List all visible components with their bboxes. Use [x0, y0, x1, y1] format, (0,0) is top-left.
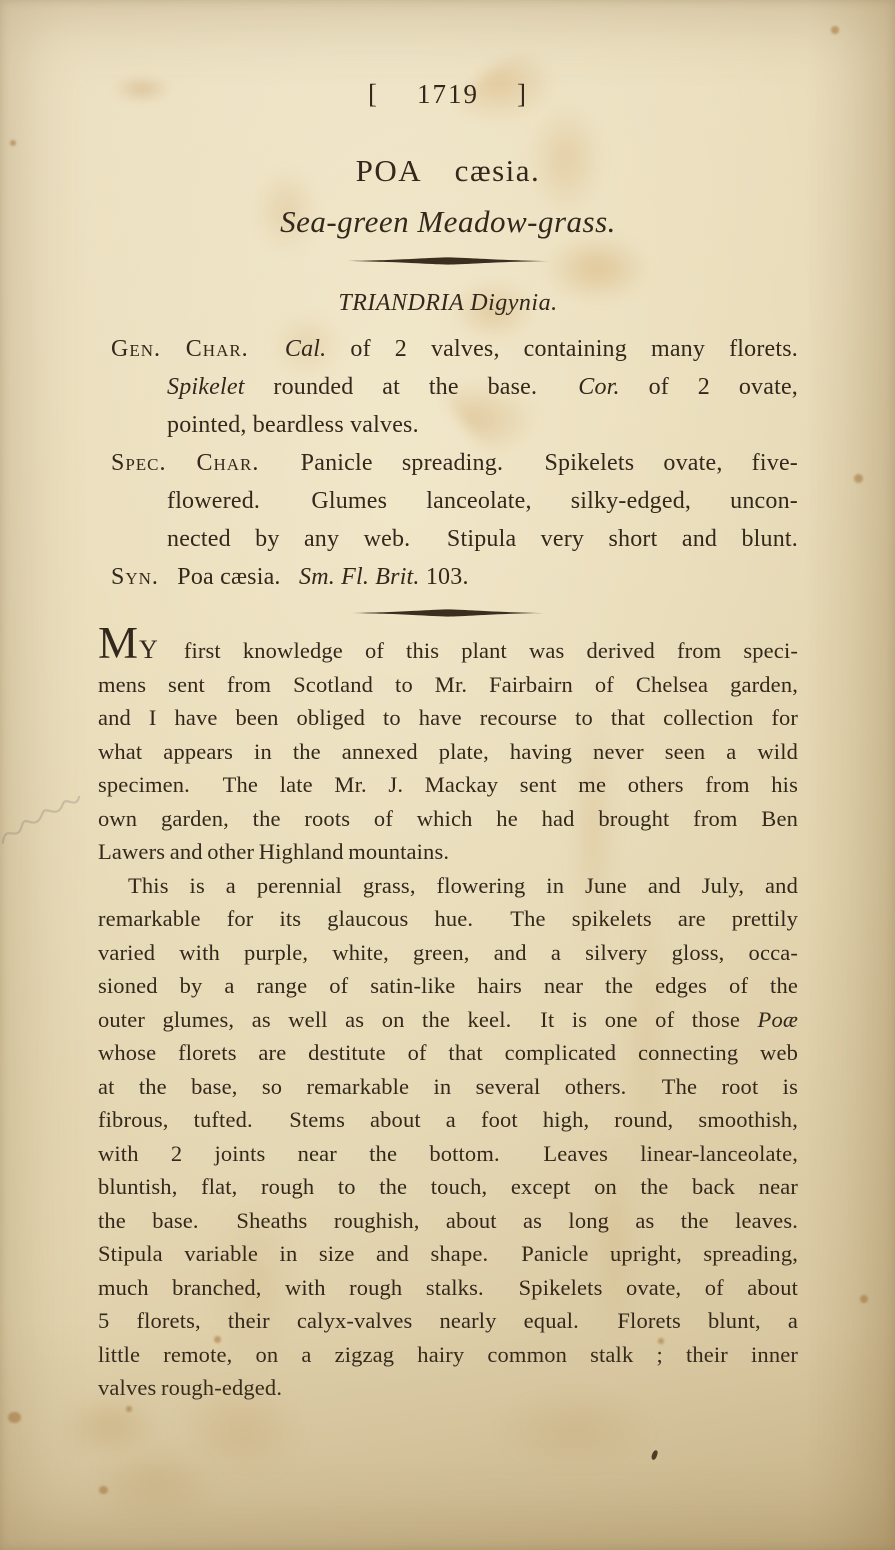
common-name-subtitle: Sea-green Meadow-grass.	[98, 202, 798, 242]
body-line: 5 florets, their calyx-valves nearly equ…	[98, 1304, 798, 1338]
page-edge-shade	[805, 0, 895, 1550]
body-line: specimen. The late Mr. J. Mackay sent me…	[98, 768, 798, 802]
ink-speck	[651, 1449, 659, 1460]
classification-block: TRIANDRIA Digynia.	[98, 288, 798, 318]
body-line: own garden, the roots of which he had br…	[98, 802, 798, 836]
body-line: Stipula variable in size and shape. Pani…	[98, 1237, 798, 1271]
species-title-block: POA cæsia.	[98, 152, 798, 190]
fox-spot	[854, 474, 863, 483]
body-line: and I have been obliged to have recourse…	[98, 701, 798, 735]
body-line: much branched, with rough stalks. Spikel…	[98, 1271, 798, 1305]
body-line: outer glumes, as well as on the keel. It…	[98, 1003, 798, 1037]
body-line: bluntish, flat, rough to the touch, exce…	[98, 1170, 798, 1204]
body-line: This is a perennial grass, flowering in …	[98, 869, 798, 903]
body-line: Lawers and other Highland mountains.	[98, 835, 798, 869]
gen-char-line-1: Gen. Char. Cal. of 2 valves, containing …	[111, 330, 798, 368]
body-line: fibrous, tufted. Stems about a foot high…	[98, 1103, 798, 1137]
page-content: [1719] POA cæsia. Sea-green Meadow-grass…	[98, 0, 798, 1405]
spec-char-line-2: flowered. Glumes lanceolate, silky-edged…	[167, 482, 798, 520]
body-line: what appears in the annexed plate, havin…	[98, 735, 798, 769]
fox-spot	[831, 26, 839, 34]
body-line: remarkable for its glaucous hue. The spi…	[98, 902, 798, 936]
body-line: sioned by a range of satin-like hairs ne…	[98, 969, 798, 1003]
body-line: little remote, on a zigzag hairy common …	[98, 1338, 798, 1372]
generic-character-section: Gen. Char. Cal. of 2 valves, containing …	[98, 330, 798, 444]
body-line: with 2 joints near the bottom. Leaves li…	[98, 1137, 798, 1171]
swelled-rule-divider	[98, 604, 798, 622]
scanned-book-page: [1719] POA cæsia. Sea-green Meadow-grass…	[0, 0, 895, 1550]
synonym-section: Syn. Poa cæsia. Sm. Fl. Brit. 103.	[98, 558, 798, 596]
body-line: mens sent from Scotland to Mr. Fairbairn…	[98, 668, 798, 702]
spec-char-line-1: Spec. Char. Panicle spreading. Spikelets…	[111, 444, 798, 482]
body-line: the base. Sheaths roughish, about as lon…	[98, 1204, 798, 1238]
fox-spot	[8, 1412, 21, 1423]
fox-spot	[126, 1406, 132, 1412]
swelled-rule-icon	[347, 256, 549, 266]
fox-spot	[860, 1295, 868, 1303]
body-paragraph-2: This is a perennial grass, flowering in …	[98, 869, 798, 1405]
gen-char-line-2: Spikelet rounded at the base. Cor. of 2 …	[167, 368, 798, 406]
spec-char-line-3: nected by any web. Stipula very short an…	[167, 520, 798, 558]
gen-char-line-3: pointed, beardless valves.	[167, 406, 798, 444]
fox-spot	[10, 140, 16, 146]
body-line: whose florets are destitute of that comp…	[98, 1036, 798, 1070]
swelled-rule-divider	[98, 252, 798, 270]
body-line: valves rough-edged.	[98, 1371, 798, 1405]
common-name-block: Sea-green Meadow-grass.	[98, 202, 798, 242]
body-line: at the base, so remarkable in several ot…	[98, 1070, 798, 1104]
plate-number-block: [1719]	[98, 76, 798, 112]
species-title: POA cæsia.	[98, 152, 798, 190]
fox-spot	[99, 1486, 108, 1494]
body-line: varied with purple, white, green, and a …	[98, 936, 798, 970]
specific-character-section: Spec. Char. Panicle spreading. Spikelets…	[98, 444, 798, 558]
swelled-rule-icon	[352, 608, 544, 618]
classification-line: TRIANDRIA Digynia.	[98, 288, 798, 318]
body-line: MY first knowledge of this plant was der…	[98, 634, 798, 668]
body-paragraph-1: MY first knowledge of this plant was der…	[98, 634, 798, 869]
synonym-line: Syn. Poa cæsia. Sm. Fl. Brit. 103.	[111, 558, 798, 596]
pencil-annotation	[0, 784, 91, 861]
plate-number-line: [1719]	[98, 76, 798, 112]
